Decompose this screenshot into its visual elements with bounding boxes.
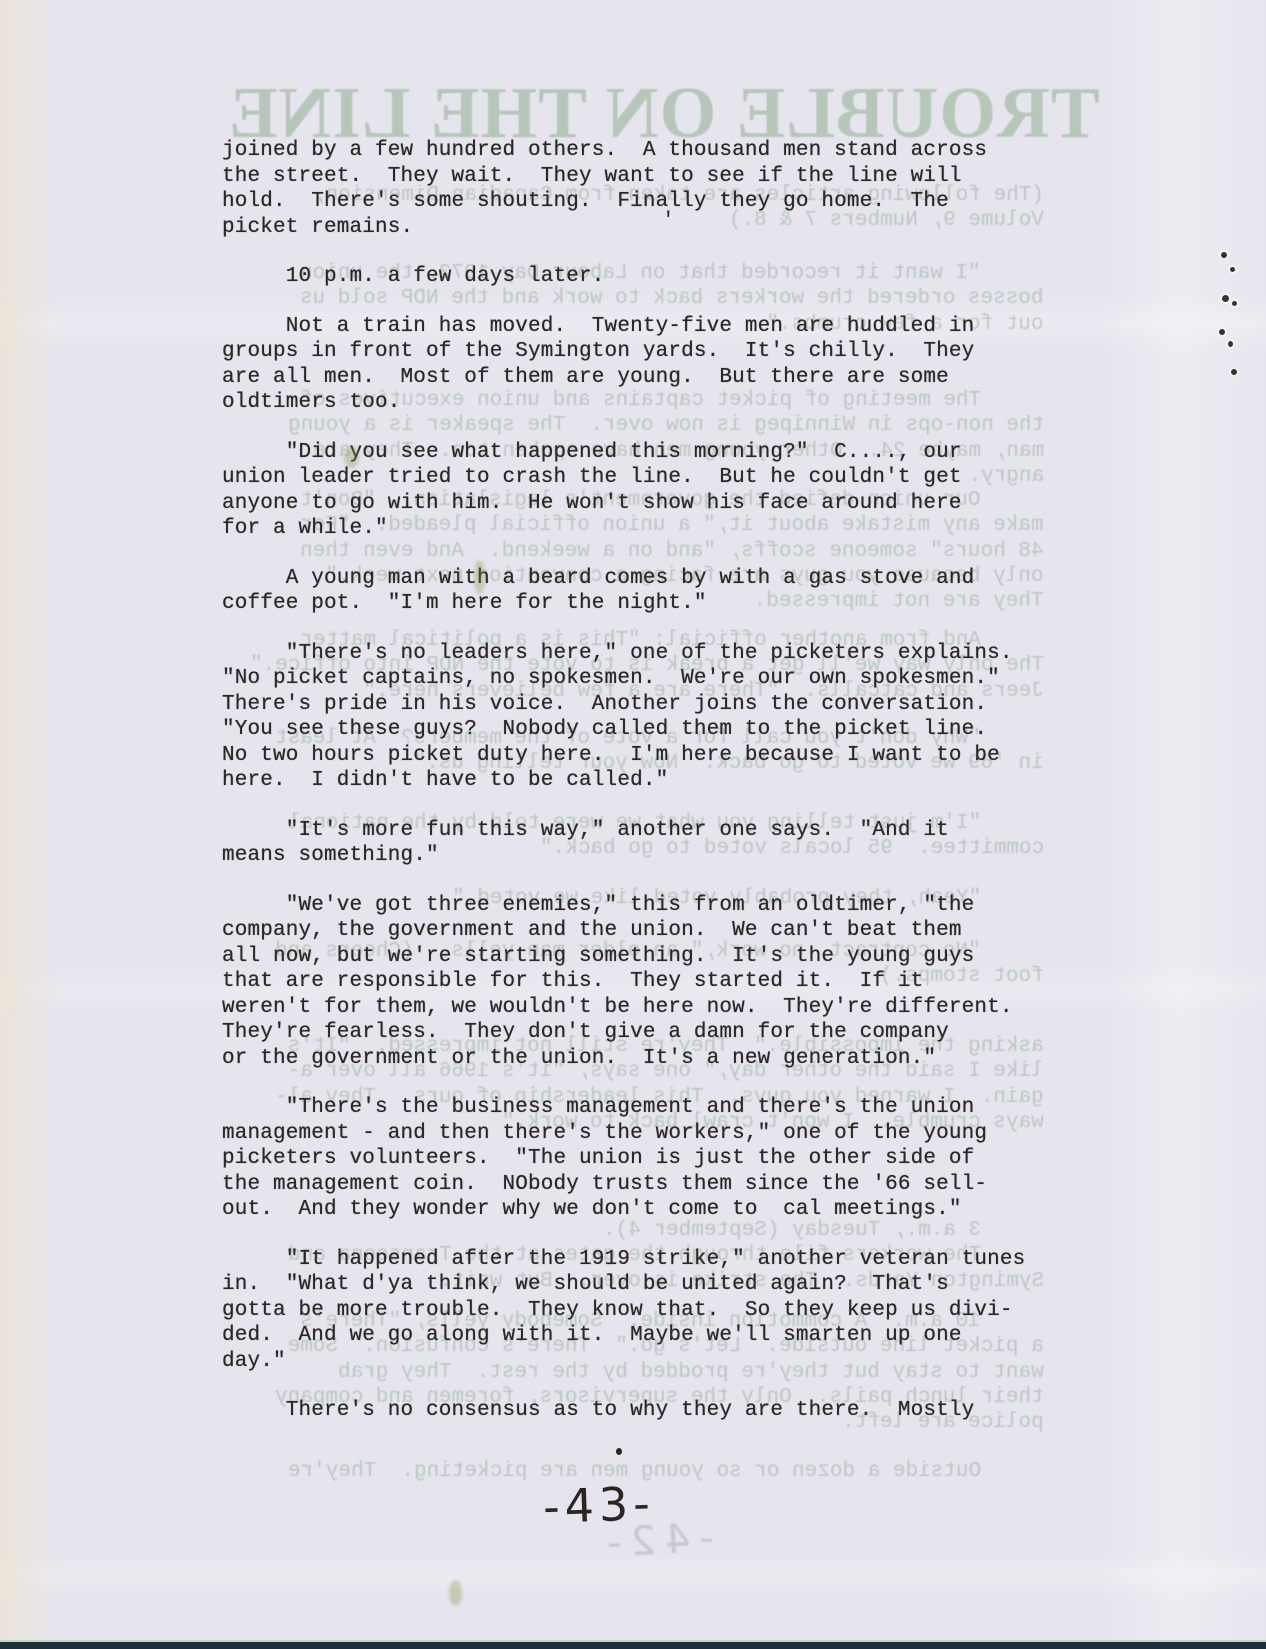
typed-paragraph: "It's more fun this way," another one sa… [222, 818, 1025, 869]
ink-smudge [474, 560, 485, 594]
paper-speck [1222, 295, 1229, 302]
typed-paragraph: "There's the business management and the… [222, 1095, 1025, 1223]
typed-paragraph: A young man with a beard comes by with a… [222, 566, 1025, 617]
typed-paragraph: There's no consensus as to why they are … [222, 1398, 1025, 1424]
typed-paragraph: "Did you see what happened this morning?… [222, 440, 1025, 542]
ink-dot [616, 1448, 622, 1455]
paper-speck [1228, 341, 1233, 347]
typed-paragraph: "We've got three enemies," this from an … [222, 893, 1025, 1072]
typed-paragraph: "There's no leaders here," one of the pi… [222, 641, 1025, 794]
stray-ink-mark: ' [662, 210, 675, 233]
typed-paragraph: joined by a few hundred others. A thousa… [222, 138, 1025, 240]
scan-bottom-edge [0, 1640, 1266, 1649]
paper-speck [1231, 369, 1237, 375]
paper-speck [1230, 267, 1235, 272]
paper-speck [1221, 252, 1227, 258]
scanned-document-page: TROUBLE ON THE LINE (The following artic… [0, 0, 1266, 1649]
typed-body-text: joined by a few hundred others. A thousa… [222, 138, 1025, 1448]
typed-paragraph: 10 p.m. a few days later. [222, 264, 1025, 290]
bleedthrough-page-number: -42- [597, 1515, 715, 1567]
paper-speck [1232, 301, 1237, 306]
typed-paragraph: Not a train has moved. Twenty-five men a… [222, 314, 1025, 416]
bleedthrough-text-block: Outside a dozen or so young men are pick… [288, 1459, 1044, 1484]
ink-smudge [344, 446, 359, 468]
typed-paragraph: "It happened after the 1919 strike," ano… [222, 1247, 1025, 1375]
ink-smudge [449, 1580, 462, 1606]
paper-speck [1219, 329, 1225, 335]
